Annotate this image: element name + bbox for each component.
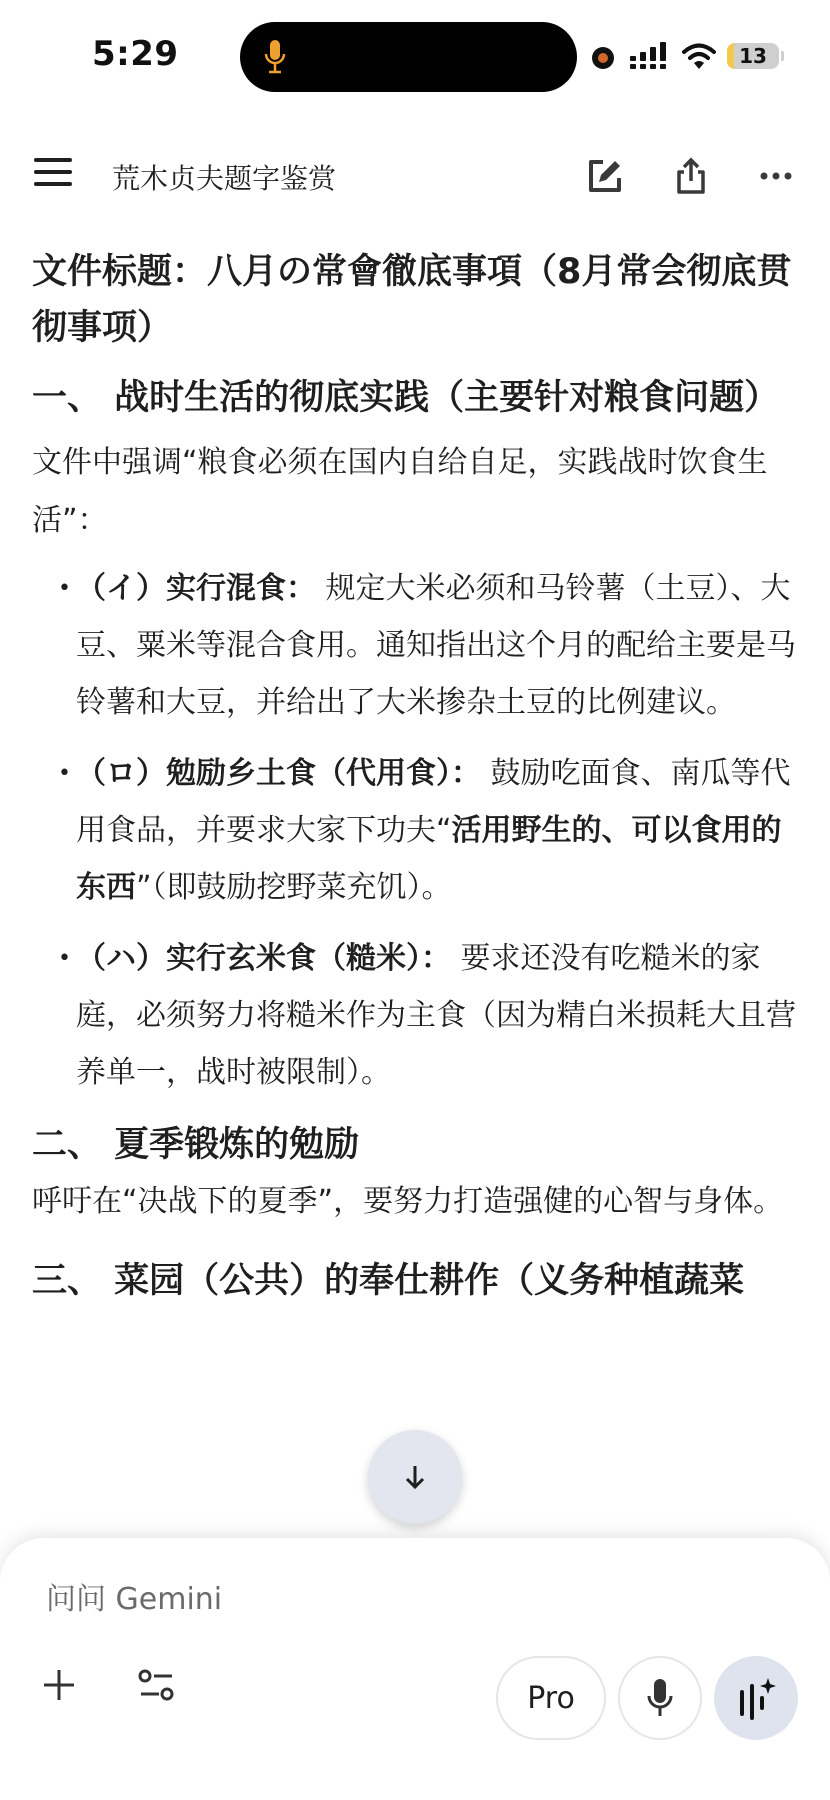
section-3-heading: 三、 菜园（公共）的奉仕耕作（义务种植蔬菜: [32, 1253, 798, 1309]
voice-input-button[interactable]: [618, 1656, 702, 1740]
signal-icon: [630, 42, 670, 70]
item-label: （イ）实行混食：: [76, 571, 316, 606]
battery-level: 13: [727, 43, 779, 69]
wifi-icon: [682, 42, 716, 70]
plus-icon: [42, 1668, 76, 1702]
mic-icon: [264, 39, 286, 75]
battery-icon: 13: [727, 43, 779, 69]
more-icon[interactable]: [756, 156, 796, 196]
tools-icon: [138, 1668, 176, 1702]
section-1-intro: 文件中强调“粮食必须在国内自给自足，实践战时饮食生活”：: [32, 434, 798, 550]
list-item: （ハ）实行玄米食（糙米）： 要求还没有吃糙米的家庭，必须努力将糙米作为主食（因为…: [32, 930, 798, 1101]
section-2-heading: 二、 夏季锻炼的勉励: [32, 1117, 798, 1173]
menu-button[interactable]: [34, 158, 72, 194]
status-bar: 5:29 13: [0, 0, 830, 110]
arrow-down-icon: [402, 1463, 428, 1491]
response-content: 以下是这份文件的详细内容翻译与历史解析 文件标题：八月の常會徹底事項（8月常会彻…: [0, 196, 830, 1309]
prompt-input[interactable]: [46, 1582, 746, 1617]
list-item: （イ）实行混食： 规定大米必须和马铃薯（土豆）、大豆、粟米等混合食用。通知指出这…: [32, 560, 798, 731]
list-item: （ロ）勉励乡土食（代用食）： 鼓励吃面食、南瓜等代用食品，并要求大家下功夫“活用…: [32, 745, 798, 916]
conversation-title[interactable]: 荒木贞夫题字鉴赏: [112, 157, 336, 197]
tools-button[interactable]: [134, 1662, 180, 1708]
model-selector-button[interactable]: Pro: [496, 1656, 606, 1740]
composer: Pro: [0, 1538, 830, 1800]
item-text: ”（即鼓励挖野菜充饥）。: [136, 870, 452, 905]
item-label: （ロ）勉励乡土食（代用食）：: [76, 756, 481, 791]
live-icon: [736, 1676, 776, 1720]
item-label: （ハ）实行玄米食（糙米）：: [76, 941, 451, 976]
section-1-list: （イ）实行混食： 规定大米必须和马铃薯（土豆）、大豆、粟米等混合食用。通知指出这…: [32, 560, 798, 1101]
dynamic-island[interactable]: [240, 22, 577, 92]
edit-icon[interactable]: [585, 156, 625, 196]
status-time: 5:29: [92, 34, 179, 74]
live-button[interactable]: [714, 1656, 798, 1740]
document-title: 文件标题：八月の常會徹底事項（8月常会彻底贯彻事项）: [32, 244, 798, 356]
add-button[interactable]: [36, 1662, 82, 1708]
recording-dot-icon: [592, 47, 614, 69]
share-icon[interactable]: [671, 156, 711, 196]
scroll-down-button[interactable]: [368, 1430, 462, 1524]
mic-icon: [646, 1678, 674, 1718]
section-2-text: 呼吁在“决战下的夏季”，要努力打造强健的心智与身体。: [32, 1173, 798, 1231]
section-1-heading: 一、 战时生活的彻底实践（主要针对粮食问题）: [32, 370, 798, 426]
menu-icon: [34, 158, 72, 162]
battery-nub: [781, 51, 784, 61]
app-header: 荒木贞夫题字鉴赏: [0, 140, 830, 212]
